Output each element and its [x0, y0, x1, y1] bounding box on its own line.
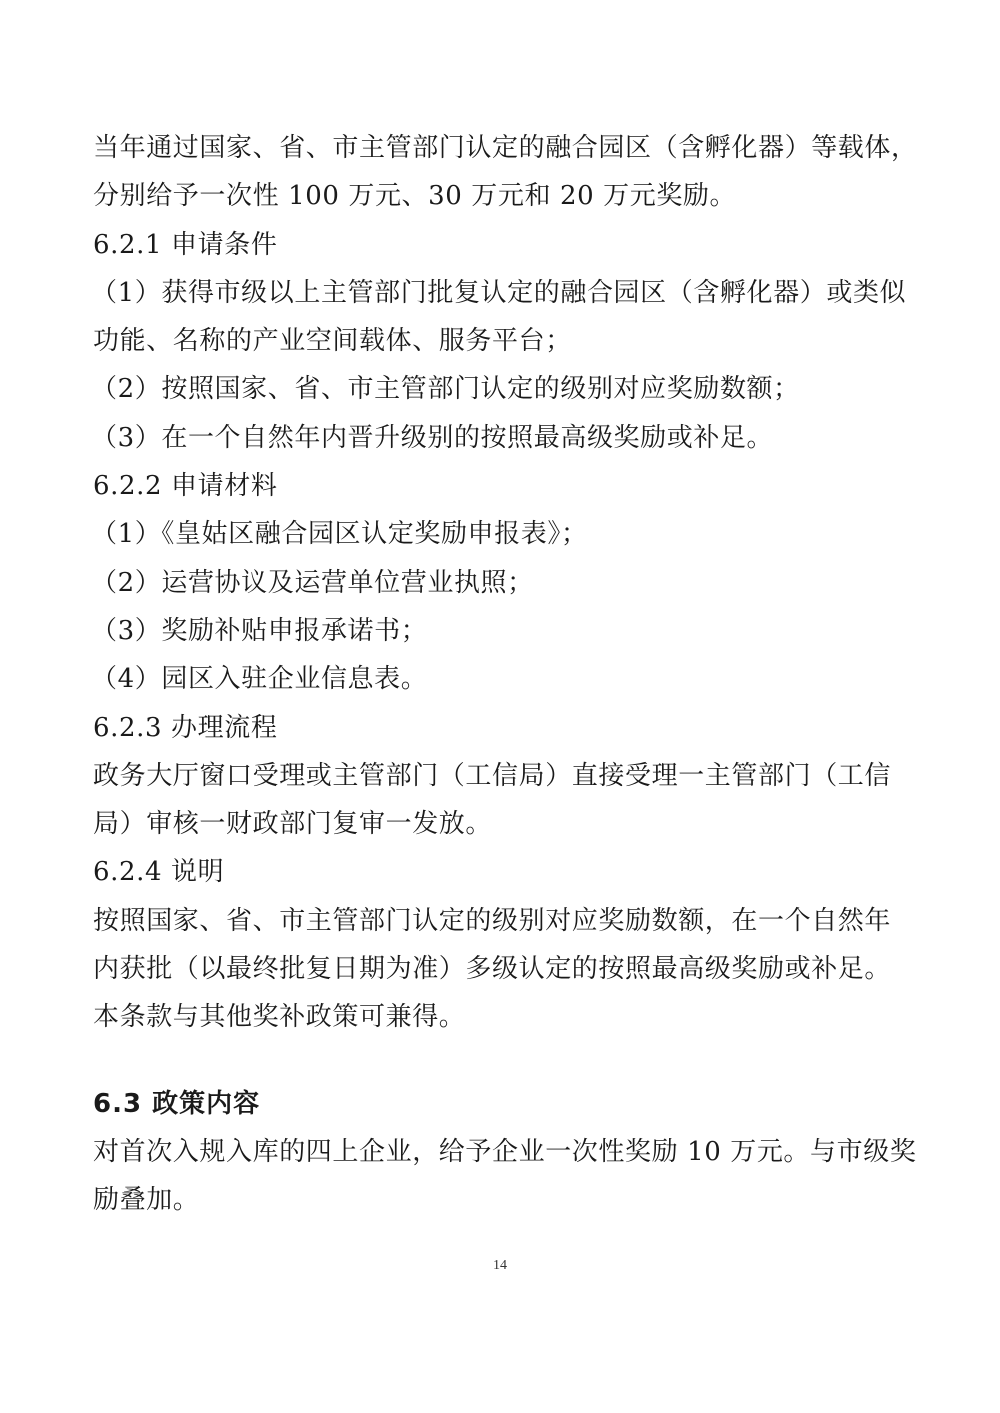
note-line-3: 本条款与其他奖补政策可兼得。 — [93, 993, 888, 1041]
document-page: 当年通过国家、省、市主管部门认定的融合园区（含孵化器）等载体， 分别给予一次性 … — [93, 124, 888, 1225]
material-item-3: （3）奖励补贴申报承诺书； — [91, 607, 888, 655]
condition-item-1-line-1: （1）获得市级以上主管部门批复认定的融合园区（含孵化器）或类似 — [91, 269, 888, 317]
section-spacer — [93, 1042, 888, 1080]
process-line-2: 局）审核一财政部门复审一发放。 — [93, 800, 888, 848]
condition-item-2: （2）按照国家、省、市主管部门认定的级别对应奖励数额； — [91, 365, 888, 413]
section-heading-6-2-1: 6.2.1 申请条件 — [93, 221, 888, 269]
material-item-2: （2）运营协议及运营单位营业执照； — [91, 559, 888, 607]
condition-item-1-line-2: 功能、名称的产业空间载体、服务平台； — [93, 317, 888, 365]
condition-item-3: （3）在一个自然年内晋升级别的按照最高级奖励或补足。 — [91, 414, 888, 462]
policy-line-1: 对首次入规入库的四上企业，给予企业一次性奖励 10 万元。与市级奖 — [93, 1128, 888, 1176]
page-number: 14 — [0, 1258, 1000, 1274]
intro-line-1: 当年通过国家、省、市主管部门认定的融合园区（含孵化器）等载体， — [93, 124, 888, 172]
policy-line-2: 励叠加。 — [93, 1176, 888, 1224]
section-heading-6-2-3: 6.2.3 办理流程 — [93, 704, 888, 752]
note-line-2: 内获批（以最终批复日期为准）多级认定的按照最高级奖励或补足。 — [93, 945, 888, 993]
process-line-1: 政务大厅窗口受理或主管部门（工信局）直接受理一主管部门（工信 — [93, 752, 888, 800]
section-heading-6-2-2: 6.2.2 申请材料 — [93, 462, 888, 510]
material-item-4: （4）园区入驻企业信息表。 — [91, 655, 888, 703]
intro-line-2: 分别给予一次性 100 万元、30 万元和 20 万元奖励。 — [93, 172, 888, 220]
note-line-1: 按照国家、省、市主管部门认定的级别对应奖励数额，在一个自然年 — [93, 897, 888, 945]
section-heading-6-3: 6.3 政策内容 — [93, 1080, 888, 1128]
section-heading-6-2-4: 6.2.4 说明 — [93, 848, 888, 896]
material-item-1: （1）《皇姑区融合园区认定奖励申报表》； — [91, 510, 888, 558]
